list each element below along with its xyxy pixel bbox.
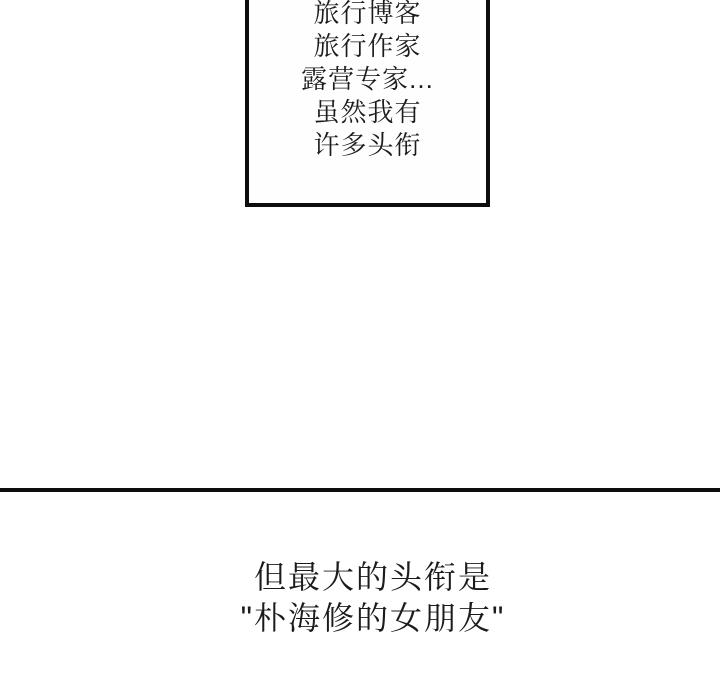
panel-divider <box>0 488 720 492</box>
narration-line: 但最大的头衔是 <box>13 557 720 598</box>
caption-box: 旅行博客 旅行作家 露营专家... 虽然我有 许多头衔 <box>245 0 490 207</box>
caption-line: 旅行博客 <box>249 0 486 30</box>
caption-line: 许多头衔 <box>249 129 486 162</box>
narration-line: "朴海修的女朋友" <box>13 598 720 639</box>
caption-line: 旅行作家 <box>249 30 486 63</box>
narration-block: 但最大的头衔是 "朴海修的女朋友" <box>13 557 720 639</box>
comic-page: 旅行博客 旅行作家 露营专家... 虽然我有 许多头衔 但最大的头衔是 "朴海修… <box>0 0 720 700</box>
caption-line: 露营专家... <box>249 63 486 96</box>
caption-line: 虽然我有 <box>249 96 486 129</box>
